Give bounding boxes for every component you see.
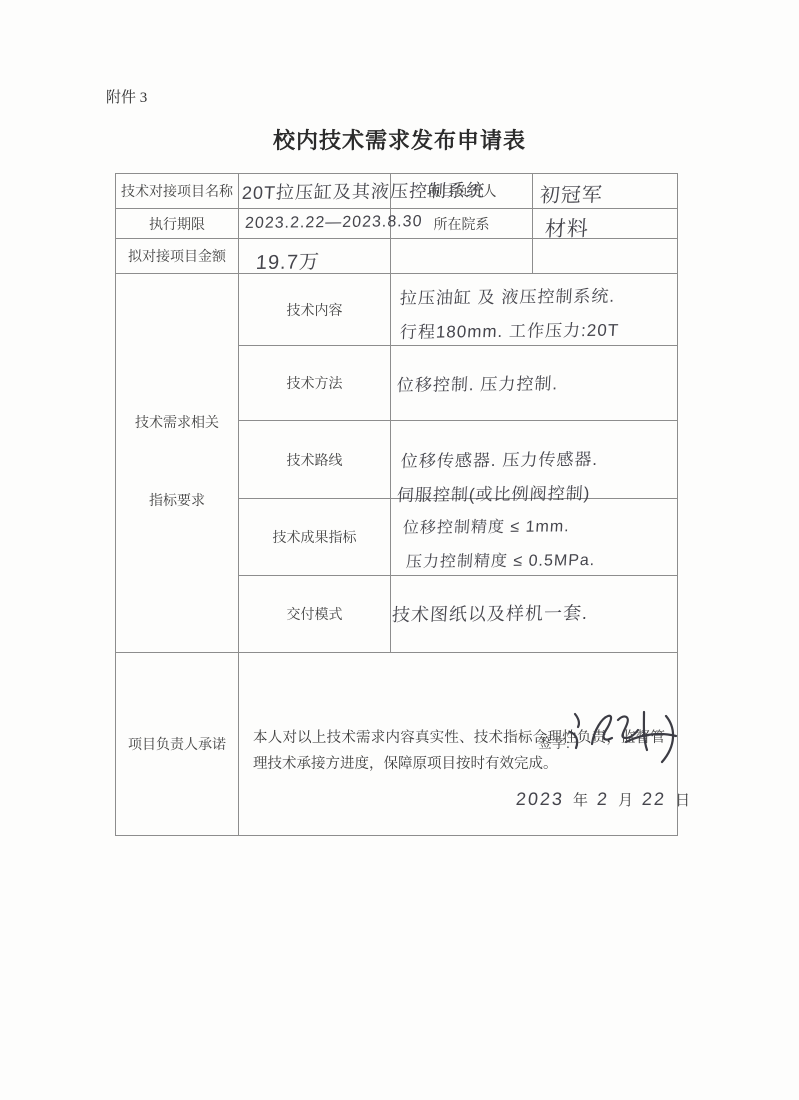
hw-date-month: 2 <box>596 789 610 810</box>
label-execution-period: 执行期限 <box>116 209 239 239</box>
hw-department: 材料 <box>544 213 590 243</box>
commitment-label: 项目负责人承诺 <box>116 653 239 836</box>
hw-tech-route-line2: 伺服控制(或比例阀控制) <box>396 479 591 506</box>
form-title: 校内技术需求发布申请表 <box>0 124 799 155</box>
signature-scrawl <box>566 700 686 770</box>
label-tech-route: 技术路线 <box>239 421 391 499</box>
empty-cell <box>391 239 533 274</box>
date-month-unit: 月 <box>615 789 636 810</box>
hw-date-day: 22 <box>641 789 667 810</box>
scanned-form-page: 附件 3 校内技术需求发布申请表 技术对接项目名称 项目负责人 执行期限 所在院… <box>0 0 799 1100</box>
hw-tech-content-line1: 拉压油缸 及 液压控制系统. <box>399 282 616 309</box>
date-year-unit: 年 <box>570 789 591 810</box>
label-tech-indicator: 技术成果指标 <box>239 499 391 576</box>
empty-cell <box>533 239 678 274</box>
label-budget: 拟对接项目金额 <box>116 239 239 274</box>
hw-execution-period: 2023.2.22—2023.8.30 <box>244 213 423 233</box>
hw-tech-content-line2: 行程180mm. 工作压力:20T <box>399 316 620 343</box>
hw-delivery-mode-line1: 技术图纸以及样机一套. <box>391 599 589 627</box>
group-label-line1: 技术需求相关 <box>116 414 238 434</box>
hw-tech-route-line1: 位移传感器. 压力传感器. <box>400 445 599 472</box>
date-day-unit: 日 <box>672 789 693 810</box>
label-project-name: 技术对接项目名称 <box>116 174 239 209</box>
hw-tech-indicator-line2: 压力控制精度 ≤ 0.5MPa. <box>405 547 596 572</box>
label-tech-method: 技术方法 <box>239 346 391 421</box>
group-label-line2: 指标要求 <box>116 492 238 512</box>
hw-project-name: 20T拉压缸及其液压控制系统 <box>241 176 486 205</box>
row-budget: 拟对接项目金额 <box>116 239 678 274</box>
hw-date-year: 2023 <box>515 789 565 810</box>
hw-budget: 19.7万 <box>255 245 321 275</box>
hw-project-leader: 初冠军 <box>539 178 604 208</box>
attachment-label: 附件 3 <box>106 86 147 107</box>
hw-tech-method-line1: 位移控制. 压力控制. <box>396 369 559 396</box>
commitment-date: 2023 年 2 月 22 日 <box>516 789 693 810</box>
label-delivery-mode: 交付模式 <box>239 576 391 653</box>
label-tech-content: 技术内容 <box>239 274 391 346</box>
hw-tech-indicator-line1: 位移控制精度 ≤ 1mm. <box>402 513 570 538</box>
group-label-requirements: 技术需求相关 指标要求 <box>116 274 239 653</box>
